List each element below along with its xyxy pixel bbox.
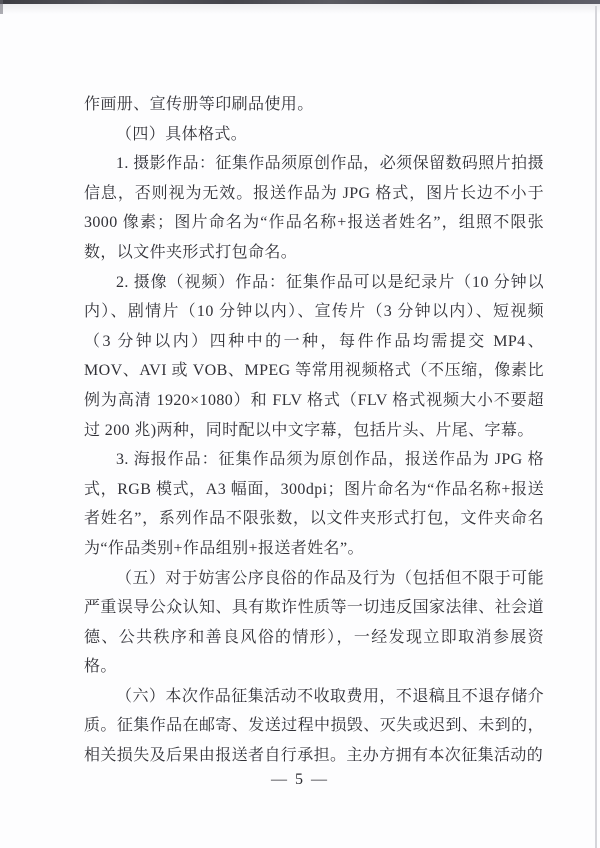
paragraph-section-4-heading: （四）具体格式。 [84,120,544,150]
paragraph-item-1-photography: 1. 摄影作品：征集作品须原创作品，必须保留数码照片拍摄信息，否则视为无效。报送… [84,149,544,267]
page-number-text: — 5 — [271,771,329,788]
paragraph-item-3-poster: 3. 海报作品：征集作品须为原创作品，报送作品为 JPG 格式，RGB 模式，A… [84,445,544,563]
paragraph-section-6: （六）本次作品征集活动不收取费用，不退稿且不退存储介质。征集作品在邮寄、发送过程… [84,682,544,771]
document-page: 作画册、宣传册等印刷品使用。 （四）具体格式。 1. 摄影作品：征集作品须原创作… [0,0,600,848]
scan-corner-mark [0,0,3,14]
page-number: — 5 — [0,771,600,789]
paragraph-section-5: （五）对于妨害公序良俗的作品及行为（包括但不限于可能严重误导公众认知、具有欺诈性… [84,564,544,682]
scan-edge-top-shade [0,4,600,14]
paragraph-item-2-video: 2. 摄像（视频）作品：征集作品可以是纪录片（10 分钟以内）、剧情片（10 分… [84,268,544,446]
paragraph-continuation: 作画册、宣传册等印刷品使用。 [84,90,544,120]
document-body: 作画册、宣传册等印刷品使用。 （四）具体格式。 1. 摄影作品：征集作品须原创作… [84,90,544,771]
scan-edge-right [595,6,597,848]
